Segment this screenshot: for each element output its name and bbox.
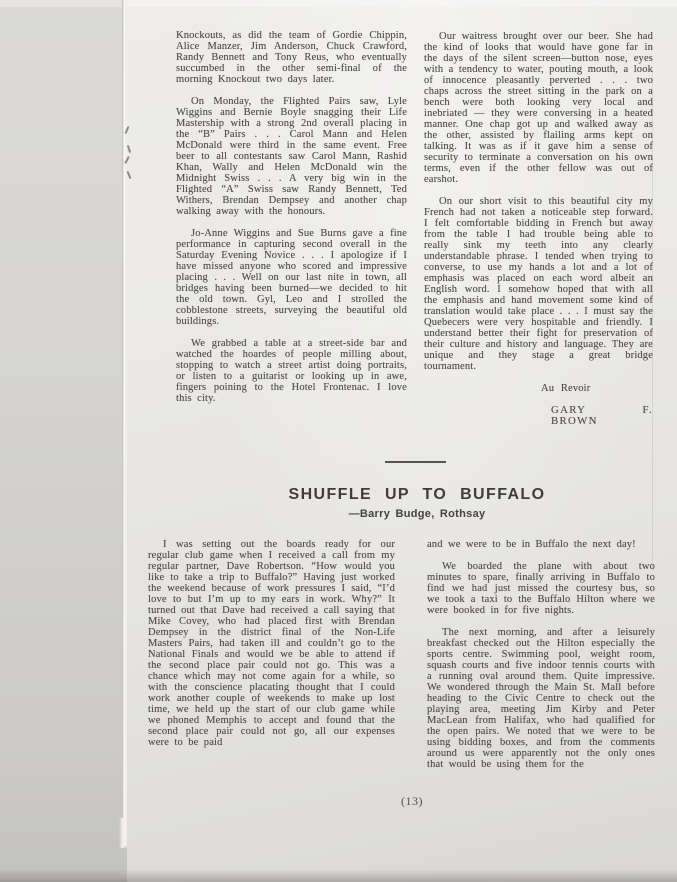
paragraph: On our short visit to this beautiful cit… [424, 196, 653, 372]
paragraph: The next morning, and after a leisurely … [427, 627, 655, 770]
paragraph: Our waitress brought over our beer. She … [424, 31, 653, 185]
article-buffalo-right-column: and we were to be in Buffalo the next da… [427, 539, 655, 770]
article-buffalo-left-column: I was setting out the boards ready for o… [148, 539, 395, 748]
paragraph: and we were to be in Buffalo the next da… [427, 539, 655, 550]
paragraph: We grabbed a table at a street-side bar … [176, 338, 407, 404]
paragraph: We boarded the plane with about two minu… [427, 561, 655, 616]
paragraph: On Monday, the Flighted Pairs saw, Lyle … [176, 96, 407, 217]
paragraph: Knockouts, as did the team of Gordie Chi… [176, 30, 407, 85]
article-quebec-left-column: Knockouts, as did the team of Gordie Chi… [176, 30, 407, 404]
page-binding-edge-tail [119, 818, 128, 848]
article-quebec-right-column: Our waitress brought over our beer. She … [424, 31, 653, 427]
article-author: GARY F. BROWN [424, 405, 653, 427]
left-underlying-page [0, 0, 127, 882]
top-edge-highlight [0, 0, 677, 7]
article-signoff: Au Revoir [424, 383, 653, 394]
article-title: SHUFFLE UP TO BUFFALO [167, 486, 667, 504]
paragraph: I was setting out the boards ready for o… [148, 539, 395, 748]
bottom-edge-shadow [0, 869, 677, 882]
article-heading-block: SHUFFLE UP TO BUFFALO —Barry Budge, Roth… [167, 486, 667, 520]
article-byline: —Barry Budge, Rothsay [167, 508, 667, 520]
paragraph: Jo-Anne Wiggins and Sue Burns gave a fin… [176, 228, 407, 327]
page-number: (13) [390, 794, 434, 809]
section-divider-rule [385, 461, 446, 463]
